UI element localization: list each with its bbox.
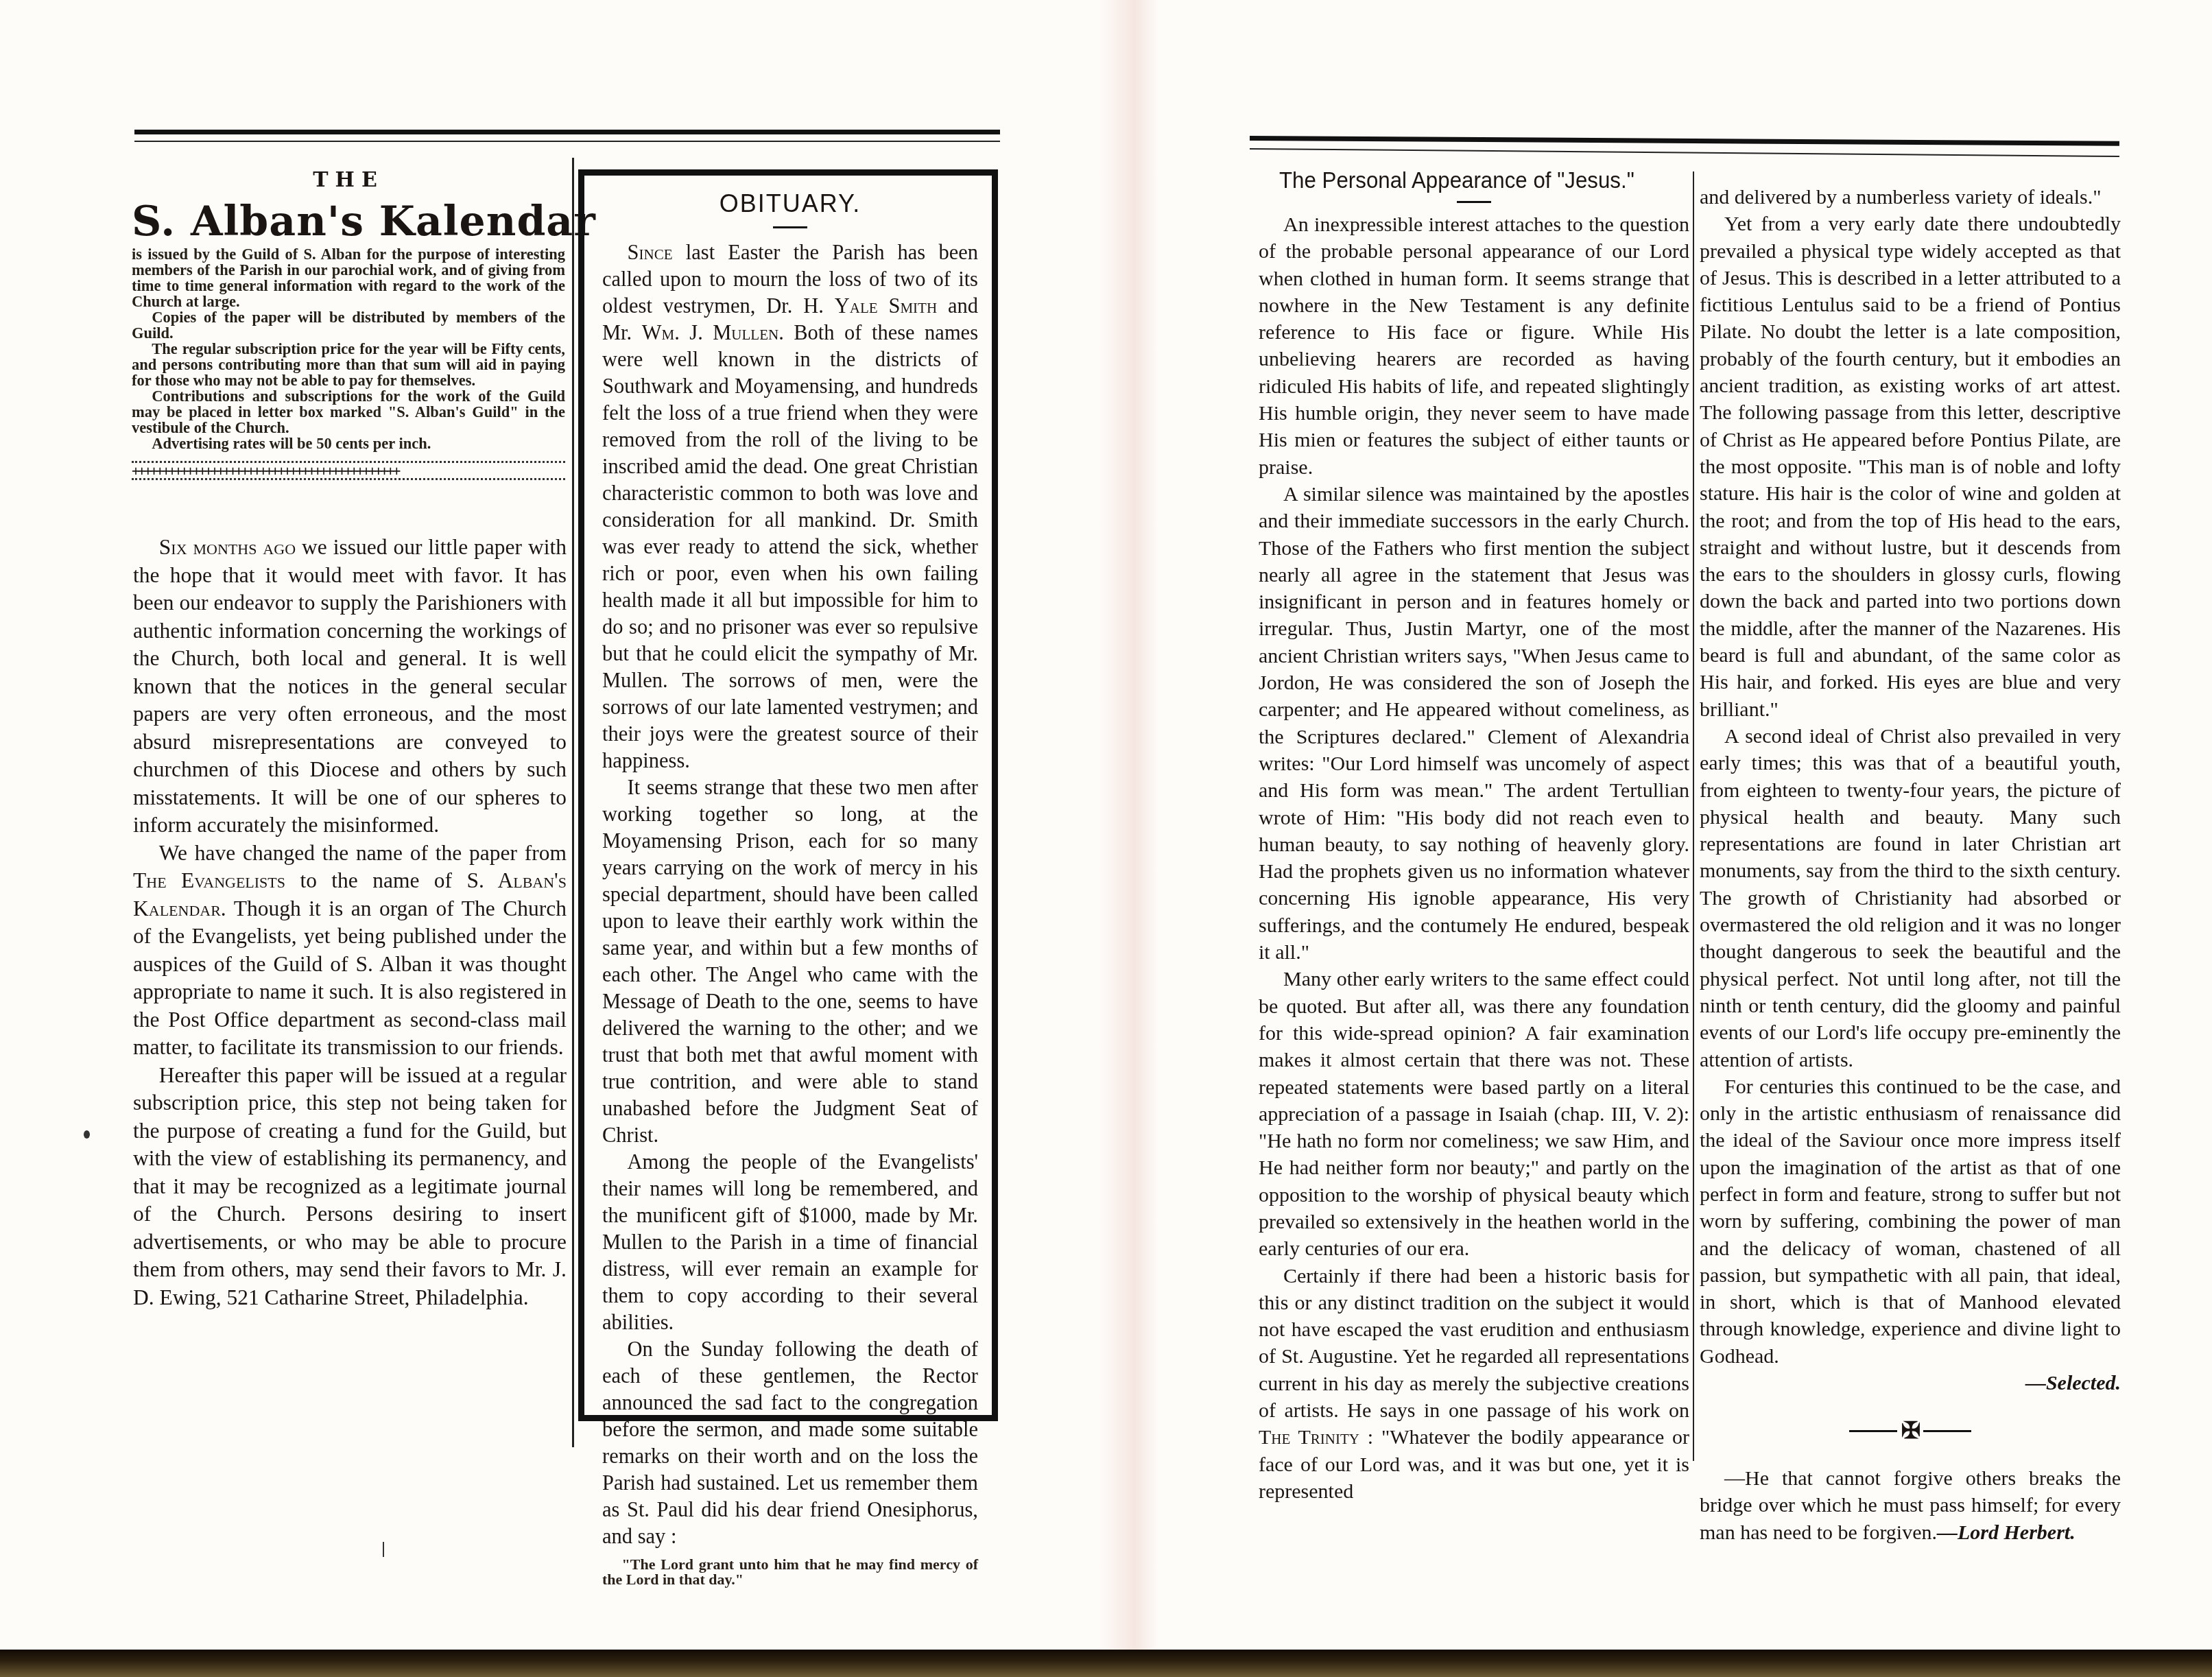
deceased-name: Wm. J. Mullen.	[642, 321, 784, 344]
maxim-author: —Lord Herbert.	[1937, 1521, 2076, 1544]
obituary-box: OBITUARY. Since last Easter the Parish h…	[578, 169, 998, 1421]
column-divider	[1693, 171, 1694, 1461]
article-paragraph: A second ideal of Christ also prevailed …	[1700, 723, 2121, 1073]
obituary-title: OBITUARY.	[602, 189, 978, 218]
article-paragraph: Many other early writers to the same eff…	[1259, 966, 1689, 1262]
obituary-paragraph: Among the people of the Evangelists' the…	[602, 1149, 978, 1336]
article-paragraph: Yet from a very early date there undoubt…	[1700, 211, 2121, 723]
article-column-1: The Personal Appearance of "Jesus." An i…	[1259, 167, 1689, 1505]
cross-icon: ✠	[1901, 1418, 1920, 1444]
title-dash	[773, 226, 807, 228]
article-paragraph: and delivered by a numberless variety of…	[1700, 184, 2121, 211]
obituary-lead: Since	[628, 241, 673, 264]
editorial-text: We have changed the name of the paper fr…	[159, 841, 567, 865]
top-rule-thick-left	[134, 130, 1000, 134]
article-paragraph: For centuries this continued to be the c…	[1700, 1073, 2121, 1370]
article-paragraph: Certainly if there had been a historic b…	[1259, 1263, 1689, 1506]
scan-bottom-edge	[0, 1650, 2212, 1677]
article-paragraph: A similar silence was maintained by the …	[1259, 481, 1689, 966]
obituary-paragraph: It seems strange that these two men afte…	[602, 774, 978, 1149]
obituary-body: Since last Easter the Parish has been ca…	[602, 239, 978, 1587]
editorial-paragraph: Hereafter this paper will be issued at a…	[133, 1062, 567, 1312]
top-rule-thin-left	[134, 141, 1000, 142]
column-divider	[572, 158, 574, 1447]
ink-speck	[383, 1542, 384, 1557]
obituary-paragraph: On the Sunday following the death of eac…	[602, 1336, 978, 1550]
masthead-title: S. Alban's Kalendar	[132, 197, 565, 246]
work-title: The Trinity	[1259, 1426, 1359, 1449]
masthead-the: THE	[132, 167, 565, 194]
obituary-paragraph: Since last Easter the Parish has been ca…	[602, 239, 978, 774]
editorial-text: we issued our little paper with the hope…	[133, 535, 567, 837]
editorial-paragraph: We have changed the name of the paper fr…	[133, 840, 567, 1062]
notice-paragraph: Advertising rates will be 50 cents per i…	[132, 436, 565, 451]
attribution: —Selected.	[1700, 1370, 2121, 1396]
editorial-text: Though it is an organ of The Church of t…	[133, 896, 567, 1060]
editorial-paragraph: Six months ago we issued our little pape…	[133, 534, 567, 840]
article-title: The Personal Appearance of "Jesus."	[1259, 167, 1655, 194]
editorial-column: Six months ago we issued our little pape…	[133, 534, 567, 1311]
obituary-text: Both of these names were well known in t…	[602, 321, 978, 772]
editorial-text: to the name of	[285, 868, 466, 892]
cross-ornament: ✠	[1700, 1416, 2121, 1444]
notice-paragraph: Contributions and subscriptions for the …	[132, 388, 565, 436]
notice-paragraph: Copies of the paper will be distributed …	[132, 309, 565, 341]
obituary-quote: "The Lord grant unto him that he may fin…	[602, 1557, 978, 1587]
masthead-notice: is issued by the Guild of S. Alban for t…	[132, 246, 565, 451]
old-paper-name: The Evangelists	[133, 868, 285, 892]
article-column-2: and delivered by a numberless variety of…	[1700, 184, 2121, 1546]
title-dash	[1457, 201, 1491, 203]
article-paragraph: An inexpressible interest attaches to th…	[1259, 211, 1689, 481]
editorial-lead: Six months ago	[159, 535, 296, 559]
article-text: Certainly if there had been a historic b…	[1259, 1265, 1689, 1422]
notice-paragraph: is issued by the Guild of S. Alban for t…	[132, 246, 565, 309]
notice-paragraph: The regular subscription price for the y…	[132, 341, 565, 388]
maxim: —He that cannot forgive others breaks th…	[1700, 1465, 2121, 1546]
deceased-name: Yale Smith	[835, 294, 937, 318]
quote-text: "The Lord grant unto him that he may fin…	[602, 1557, 978, 1587]
ink-speck	[84, 1130, 90, 1139]
page-fold	[1097, 0, 1159, 1674]
masthead-column: THE S. Alban's Kalendar is issued by the…	[132, 167, 565, 480]
cross-ornament-rule: ++++++++++++++++++++++++++++++++++++++++…	[132, 461, 565, 480]
